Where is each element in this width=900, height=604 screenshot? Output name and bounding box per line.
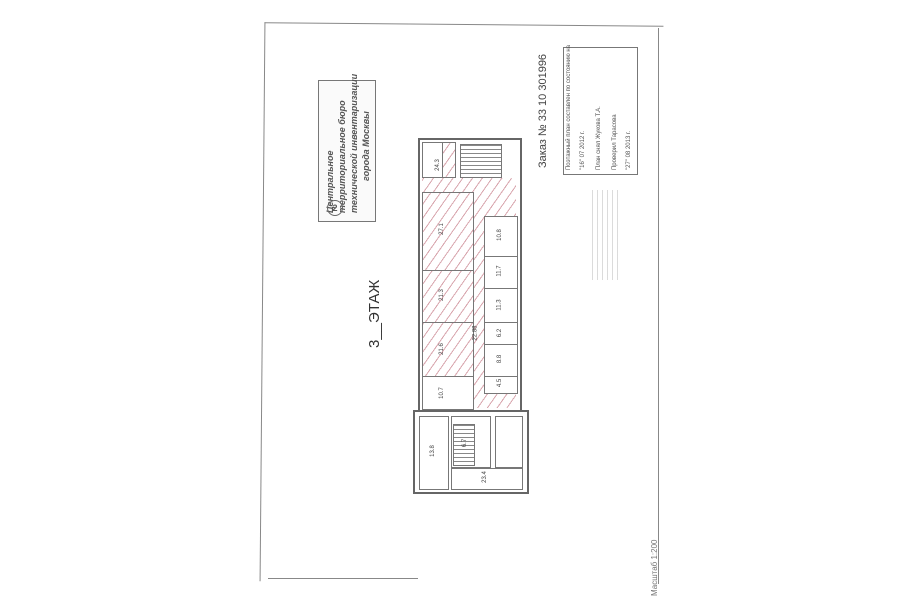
room-label-19: 21.3 — [439, 289, 445, 301]
room-4-5 — [495, 416, 523, 468]
room-label-16: 4.5 — [497, 379, 503, 387]
floor-plan-bottom: 13.8 6.7 23.4 — [413, 410, 529, 494]
room-label-13: 11.3 — [497, 299, 503, 310]
cert-drawn-by: План снял Жукова Т.А. — [596, 106, 602, 170]
cert-date-2: "27" 08 2013 г. — [626, 131, 632, 170]
room-label-3: 6.7 — [462, 439, 468, 447]
room-17 — [422, 376, 474, 410]
room-label-17: 10.7 — [439, 387, 445, 399]
stamp-line-3: технической инвентаризации — [349, 74, 359, 213]
faded-stamp — [592, 190, 622, 280]
room-label-14: 6.2 — [497, 329, 503, 337]
sheet-border-right — [658, 28, 659, 584]
room-label: 24.3 — [435, 159, 441, 171]
room-3 — [451, 416, 491, 468]
room-label-12: 11.7 — [497, 265, 503, 276]
cert-date-1: "16" 07 2012 г. — [580, 131, 586, 170]
room-label-1: 23.4 — [482, 471, 488, 483]
floor-title: 3__ЭТАЖ — [366, 280, 383, 348]
certification-block: Поэтажный план составлен по состоянию на… — [563, 47, 638, 175]
dimension-corridor: 22.88 — [473, 325, 479, 340]
room-corridor-top — [442, 142, 456, 178]
stamp-line-4: города Москвы — [361, 111, 371, 181]
stamp-line-2: территориальное бюро — [337, 100, 347, 213]
sheet-border-bottom — [268, 578, 418, 579]
bti-stamp: Центральное территориальное бюро техниче… — [318, 80, 376, 222]
cert-checked-by: Проверил Тарасова — [612, 114, 618, 170]
bti-logo-icon: 2 — [327, 200, 343, 216]
cert-line: Поэтажный план составлен по состоянию на — [566, 45, 572, 170]
room-18 — [422, 322, 474, 378]
room-label-15: 8.8 — [497, 355, 503, 363]
room-label-11: 10.8 — [497, 229, 503, 241]
room-label-18: 21.6 — [439, 343, 445, 355]
staircase-top — [460, 144, 502, 178]
room-19 — [422, 270, 474, 324]
room-20 — [422, 192, 474, 272]
floor-plan: 24.3 27.1 21.3 21.6 10.7 10.8 11.7 11.3 … — [418, 138, 522, 414]
room-label-2: 13.8 — [430, 445, 436, 457]
room-label-20: 27.1 — [439, 223, 445, 235]
order-number: Заказ № 33 10 301996 — [537, 54, 549, 168]
scale-label: Масштаб 1:200 — [650, 540, 659, 596]
